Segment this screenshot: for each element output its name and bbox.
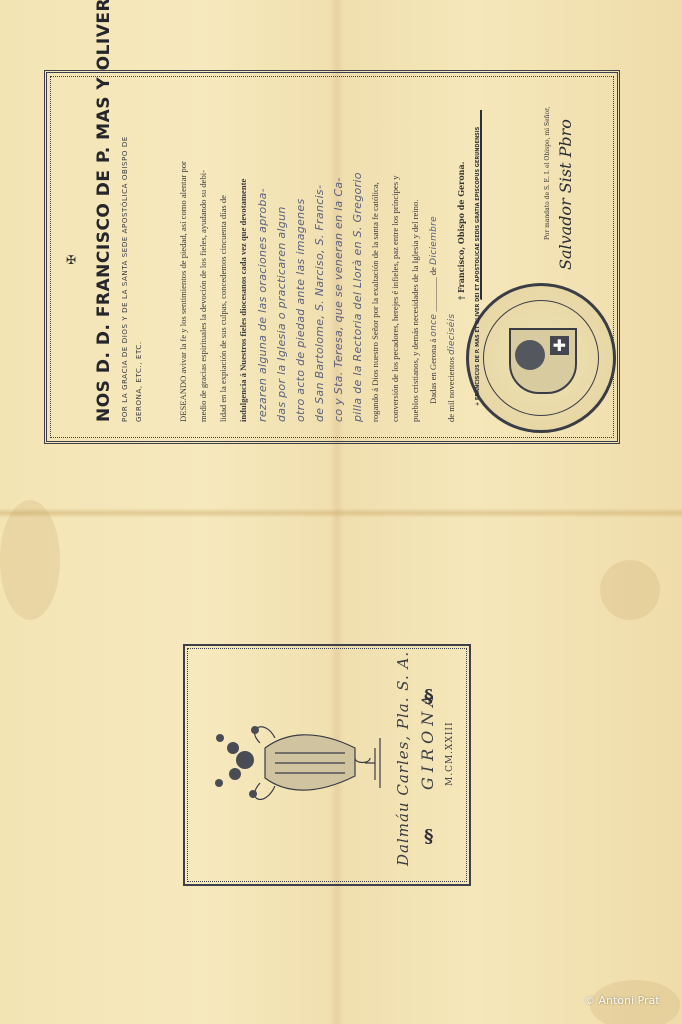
body-line: lidad en la expiación de sus culpas, con… (218, 195, 228, 422)
decree-subtitle-line1: POR LA GRACIA DE DIOS Y DE LA SANTA SEDE… (121, 136, 129, 422)
secretary-autograph: Salvador Sist Pbro (556, 119, 575, 270)
body-line: rogando á Dios nuestro Señor por la exal… (370, 182, 380, 422)
flower-vase-engraving-icon (205, 708, 385, 814)
decree-title: NOS D. D. FRANCISCO DE P. MAS Y OLIVER, (94, 0, 114, 422)
dated-mid: de (428, 267, 438, 275)
ornament-icon: § (424, 826, 433, 847)
year-line: de mil novecientos dieciséis (446, 314, 457, 422)
body-line: DESEANDO avivar la fe y los sentimientos… (178, 161, 188, 422)
ornament-icon: § (424, 686, 433, 707)
seal-legend: + FRANCISCUS DE P. MAS ET OLIVER DEI ET … (475, 396, 481, 406)
cross-emblem-icon: ✚ (550, 336, 569, 355)
year-handwritten: dieciséis (447, 314, 457, 355)
dated-line: Dadas en Gerona á once ________ de Dicie… (428, 216, 439, 404)
episcopal-seal: ✚ + FRANCISCUS DE P. MAS ET OLIVER DEI E… (466, 283, 616, 433)
bishop-signature: † Francisco, Obispo de Gerona. (456, 162, 466, 300)
dated-day: once (429, 314, 439, 337)
handwritten-line: de San Bartolome, S. Narciso, S. Francis… (313, 185, 326, 422)
handwritten-line: co y Sta. Teresa, que se veneran en la C… (332, 177, 345, 422)
paper-stain (600, 560, 660, 620)
printer-name: Dalmáu Carles, Pla. S. A. (394, 651, 412, 866)
body-line: pueblos cristianos, y demás necesidades … (410, 200, 420, 422)
decree-subtitle-line2: GERONA, ETC., ETC. (135, 341, 143, 422)
copyright-watermark: © Antoni Prat (584, 994, 660, 1007)
handwritten-line: pilla de la Rectoria del Llorà en S. Gre… (351, 172, 364, 422)
maltese-cross-icon: ✠ (66, 253, 76, 267)
body-line: conversión de los pecadores, herejes é i… (390, 176, 400, 423)
secretary-mandate-label: Por mandato de S. E. I. el Obispo, mi Se… (544, 107, 551, 240)
body-line: indulgencia á Nuestros fieles diocesanos… (238, 179, 248, 422)
coat-of-arms-icon: ✚ (509, 328, 577, 394)
body-line: medio de gracias espirituales la devoció… (198, 170, 208, 422)
dated-month: Diciembre (429, 216, 439, 265)
year-prefix: de mil novecientos (446, 357, 456, 422)
horizontal-fold-crease (0, 508, 682, 518)
handwritten-line: otro acto de piedad ante las imagenes (294, 198, 307, 422)
handwritten-line: das por la Iglesia o practicaren algun (275, 206, 288, 422)
imprint-year-roman: M.CM.XXIII (445, 721, 455, 786)
sun-emblem-icon (515, 340, 545, 370)
handwritten-line: rezaren alguna de las oraciones aproba- (256, 188, 269, 422)
dated-prefix: Dadas en Gerona á (428, 339, 438, 404)
paper-stain (0, 500, 60, 620)
